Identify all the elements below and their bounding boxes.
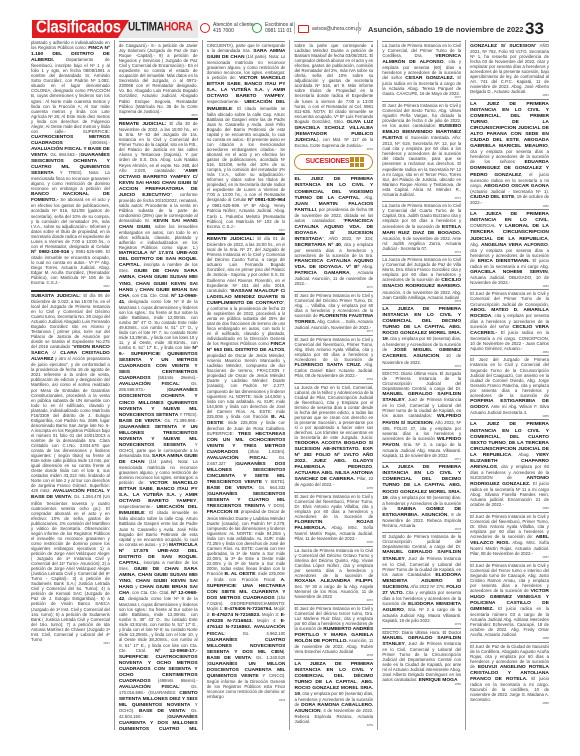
- ad-code: 4881: [470, 94, 549, 98]
- classified-ad: El Juez de Primera Instancia en lo Civil…: [294, 293, 373, 334]
- classified-ad: La Jueza de Paz en lo Civil, Comercial, …: [294, 385, 373, 491]
- column-2: de Caaguazú).- 8.- a petición de Javier …: [119, 40, 198, 730]
- ad-divider: [382, 201, 461, 202]
- column-6: GONZALEZ S/ SUCESION" AÑO 2021, Nº 762, …: [470, 40, 549, 730]
- ad-code: 4880: [382, 683, 461, 687]
- ad-divider: [470, 99, 549, 100]
- classified-ad: La Jueza de Primera Instancia en lo Civi…: [382, 43, 461, 100]
- classified-ad: REMATE JUDICIAL: El día 30 de Noviembre …: [119, 121, 198, 730]
- classified-ad: LA JUEZ DE PRIMERA INSTANCIA EN LO CIVIL…: [470, 421, 549, 510]
- classified-ad: LA JUEZA DE PRIMERA INSTANCIA EN LO CIVI…: [382, 464, 461, 531]
- ad-code: 4875: [382, 300, 461, 304]
- classified-ad: LA JUEZA DE PRIMERA INSTANCIA EN LO CIVI…: [382, 306, 461, 368]
- header-divider: [294, 22, 295, 34]
- classified-ad: CINCUENTA), parte que le corresponde a l…: [207, 43, 286, 232]
- ad-code: 4883: [470, 285, 549, 289]
- ad-code: 4867: [207, 229, 286, 233]
- ad-code: 4863: [31, 642, 110, 646]
- classified-ad: El Juzgado de Primera Instancia de la Ci…: [382, 534, 461, 626]
- classified-ad: LA JUEZA DE PRIMERA INSTANCIA EN LO CIVI…: [470, 211, 549, 288]
- ad-code: 4865: [119, 114, 198, 118]
- ad-code: 4885: [470, 415, 549, 419]
- ad-code: 4878: [382, 528, 461, 532]
- classifieds-columns: plantado y adherido e individualizado en…: [31, 40, 549, 730]
- ad-lead: SUBASTA JUDICIAL:: [31, 294, 83, 299]
- classified-ad: El Juez de Primera Instancia en lo Civil…: [294, 337, 373, 382]
- classified-ad: EDICTO: Diario Última Hora. El Doctor MA…: [382, 630, 461, 687]
- ad-code: 4884: [470, 351, 549, 355]
- issue-date: Asunción, sábado 19 de noviembre de 2022: [368, 25, 523, 34]
- ad-divider: [382, 462, 461, 463]
- ad-divider: [207, 41, 286, 42]
- column-divider: [289, 40, 290, 730]
- ad-divider: [294, 41, 373, 42]
- column-divider: [202, 40, 203, 730]
- column-3: CINCUENTA), parte que le corresponde a l…: [207, 40, 286, 730]
- column-divider: [465, 40, 466, 730]
- ad-code: 4858: [294, 654, 373, 658]
- ad-code: 4872: [382, 96, 461, 100]
- ad-code: 4869: [294, 148, 373, 152]
- ad-code: 4871: [294, 330, 373, 334]
- ad-divider: [294, 492, 373, 493]
- classified-ad: EDICTO. Diario Última Hora. El Juzgado d…: [382, 371, 461, 461]
- classified-ad: REMATE JUDICIAL: El día 01 de Diciembre …: [207, 236, 286, 702]
- classified-ad: El Juez de Primera Instancia en lo Civil…: [294, 606, 373, 658]
- ad-divider: [294, 383, 373, 384]
- ad-divider: [119, 41, 198, 42]
- brand-ultima: ULTIMA: [128, 21, 164, 34]
- classified-ad: El Juez del Juzgado de Primera Instancia…: [470, 357, 549, 418]
- coins-icon: [350, 157, 364, 167]
- ad-divider: [119, 118, 198, 120]
- column-5: La Jueza de Primera Instancia en lo Civi…: [382, 40, 461, 730]
- header-divider: [358, 22, 359, 34]
- brand-hora: HORA: [164, 21, 193, 34]
- ad-code: 4868: [207, 699, 286, 703]
- classified-ad: LA JUEZA DE PRIMERA INSTANCIA EN LO CIVI…: [294, 661, 373, 728]
- ad-divider: [382, 304, 461, 305]
- ad-divider: [382, 101, 461, 102]
- classified-ad: sobre la parte que corresponde a Ladisla…: [294, 43, 373, 151]
- ad-divider: [294, 659, 373, 660]
- ad-divider: [294, 604, 373, 605]
- contact-whatsapp-number: 0981 111 01: [265, 28, 292, 34]
- contact-whatsapp: Escribinos al0981 111 01: [252, 22, 293, 34]
- ad-divider: [470, 512, 549, 513]
- column-1: plantado y adherido e individualizado en…: [31, 40, 110, 730]
- classified-ad: La Jueza de Primera Instancia en lo Civi…: [382, 203, 461, 254]
- whatsapp-icon: [252, 23, 262, 33]
- ad-divider: [382, 41, 461, 42]
- ad-code: 4857: [294, 599, 373, 603]
- classified-ad: El Juez de Primera Instancia en lo Civil…: [470, 563, 549, 641]
- classified-ad: SUBASTA JUDICIAL: El día 06 de Diciembre…: [31, 293, 110, 646]
- classified-ad: La Jueza de Primera Instancia en lo Civi…: [382, 257, 461, 303]
- column-divider: [377, 40, 378, 730]
- page-number: 33: [525, 19, 544, 39]
- ad-divider: [294, 335, 373, 336]
- classified-ad: de Caaguazú).- 8.- a petición de Javier …: [119, 43, 198, 117]
- classified-ad: GONZALEZ S/ SUCESION" AÑO 2021, Nº 762, …: [470, 43, 549, 98]
- ad-lead: REMATE JUDICIAL:: [207, 237, 258, 242]
- ad-divider: [470, 419, 549, 420]
- ad-divider: [470, 642, 549, 643]
- contact-phone: Atención al cliente:415 7000: [200, 22, 255, 34]
- ad-code: 4882: [470, 205, 549, 209]
- envelope-icon: [298, 25, 309, 33]
- contact-email: avisos@uhora.com.py: [298, 25, 362, 33]
- classified-ad: El Juez de Primera Instancia en lo Civil…: [294, 494, 373, 545]
- ad-divider: [470, 355, 549, 356]
- ad-divider: [207, 233, 286, 235]
- ad-code: 4856: [294, 541, 373, 545]
- classified-ad: EL JUEZ DE PRIMERA INSTANCIA EN LO CIVIL…: [294, 176, 373, 289]
- classified-ad: El Juez de Primera Instancia en lo Civil…: [382, 103, 461, 200]
- ad-divider: [470, 209, 549, 210]
- ad-divider: [31, 290, 110, 292]
- ad-code: 4859: [294, 724, 373, 728]
- ad-divider: [470, 289, 549, 290]
- section-title: Clasificados: [36, 18, 121, 38]
- classified-ad: La Jueza de Primera Instancia en lo Civi…: [294, 548, 373, 603]
- ad-divider: [470, 561, 549, 562]
- ad-code: 4862: [31, 285, 110, 289]
- ad-lead: REMATE JUDICIAL:: [119, 122, 170, 127]
- section-heading: SUCESIONES: [305, 158, 349, 165]
- ad-code: 4877: [382, 458, 461, 462]
- ad-code: 4873: [382, 197, 461, 201]
- ad-code: 4886: [470, 507, 549, 511]
- ad-code: 4879: [382, 623, 461, 627]
- page-header: Clasificados ULTIMAHORA Atención al clie…: [0, 16, 580, 38]
- ad-code: 4888: [470, 637, 549, 641]
- phone-icon: [200, 23, 210, 33]
- ad-code: 4854: [294, 378, 373, 382]
- ad-code: 4889: [470, 702, 549, 706]
- ad-code: 4870: [294, 286, 373, 290]
- classified-ad: plantado y adherido e individualizado en…: [31, 40, 110, 289]
- contact-phone-number: 415 7000: [213, 28, 234, 34]
- ad-divider: [382, 628, 461, 629]
- ad-divider: [382, 532, 461, 533]
- column-divider: [114, 40, 115, 730]
- brand-logo: ULTIMAHORA: [128, 21, 192, 34]
- ad-code: 4874: [382, 251, 461, 255]
- ad-divider: [294, 174, 373, 175]
- ad-divider: [470, 41, 549, 42]
- contact-email-address: avisos@uhora.com.py: [312, 26, 362, 32]
- ad-divider: [294, 546, 373, 547]
- ad-code: 4855: [294, 487, 373, 491]
- ad-divider: [382, 369, 461, 370]
- classified-ad: El Juez de Primera Instancia en lo Civil…: [470, 514, 549, 560]
- ad-divider: [294, 291, 373, 292]
- column-4: sobre la parte que corresponde a Ladisla…: [294, 40, 373, 730]
- ad-code: 4887: [470, 556, 549, 560]
- classified-ad: El Juez de Primera Instancia en lo Civil…: [470, 291, 549, 354]
- ad-code: 4876: [382, 365, 461, 369]
- classified-ad: LA JUEZ DE PRIMERA INSTANCIA EN LO CIVIL…: [470, 101, 549, 208]
- classified-ad: El Juez de Paz de la Ciudad de Itacurubí…: [470, 644, 549, 706]
- ad-divider: [382, 255, 461, 256]
- sucesiones-section-banner: SUCESIONES: [294, 154, 373, 170]
